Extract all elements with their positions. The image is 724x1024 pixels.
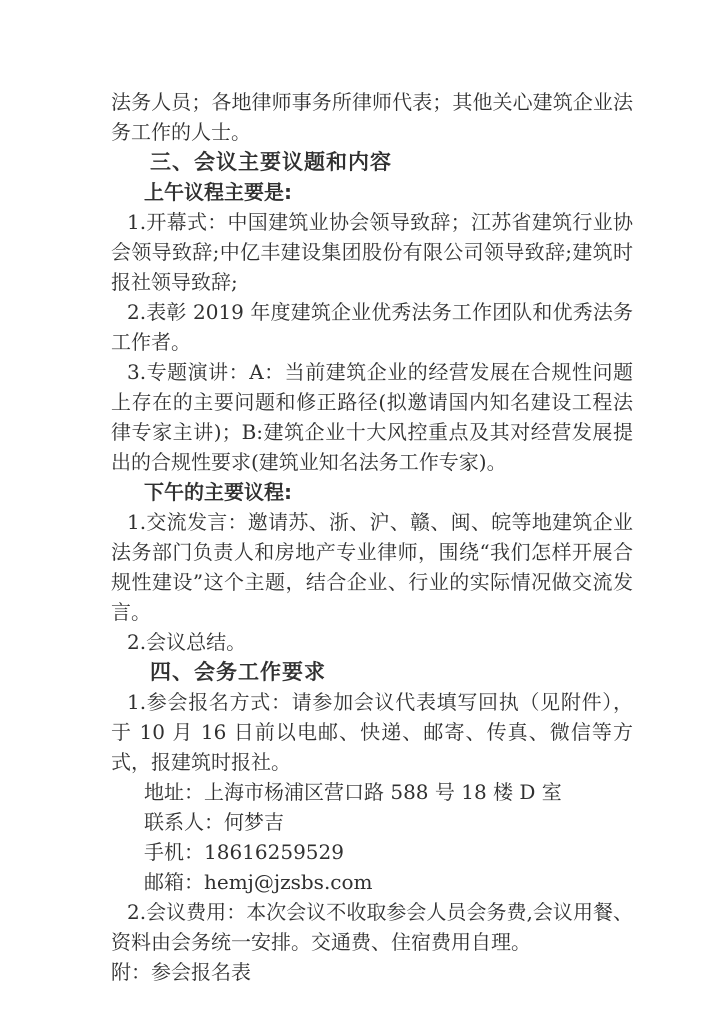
agenda-item-summary: 2.会议总结。 xyxy=(111,627,633,657)
contact-person: 联系人：何梦吉 xyxy=(111,807,633,837)
morning-agenda-subheading: 上午议程主要是: xyxy=(111,177,633,207)
paragraph-continuation: 法务人员；各地律师事务所律师代表；其他关心建筑企业法务工作的人士。 xyxy=(111,87,633,147)
document-page: 法务人员；各地律师事务所律师代表；其他关心建筑企业法务工作的人士。 三、会议主要… xyxy=(0,0,724,1024)
afternoon-agenda-subheading: 下午的主要议程: xyxy=(111,477,633,507)
agenda-item-exchange: 1.交流发言：邀请苏、浙、沪、赣、闽、皖等地建筑企业法务部门负责人和房地产专业律… xyxy=(111,507,633,627)
contact-address: 地址：上海市杨浦区营口路 588 号 18 楼 D 室 xyxy=(111,777,633,807)
agenda-item-opening: 1.开幕式：中国建筑业协会领导致辞；江苏省建筑行业协会领导致辞;中亿丰建设集团股… xyxy=(111,207,633,297)
attachment-note: 附：参会报名表 xyxy=(111,957,633,987)
agenda-item-keynote: 3.专题演讲：A：当前建筑企业的经营发展在合规性问题上存在的主要问题和修正路径(… xyxy=(111,357,633,477)
contact-email: 邮箱：hemj@jzsbs.com xyxy=(111,867,633,897)
registration-instructions: 1.参会报名方式：请参加会议代表填写回执（见附件），于 10 月 16 日前以电… xyxy=(111,687,633,777)
fee-notice: 2.会议费用：本次会议不收取参会人员会务费,会议用餐、资料由会务统一安排。交通费… xyxy=(111,897,633,957)
agenda-item-commendation: 2.表彰 2019 年度建筑企业优秀法务工作团队和优秀法务工作者。 xyxy=(111,297,633,357)
section-heading-agenda: 三、会议主要议题和内容 xyxy=(111,147,633,177)
section-heading-logistics: 四、会务工作要求 xyxy=(111,657,633,687)
contact-phone: 手机：18616259529 xyxy=(111,837,633,867)
